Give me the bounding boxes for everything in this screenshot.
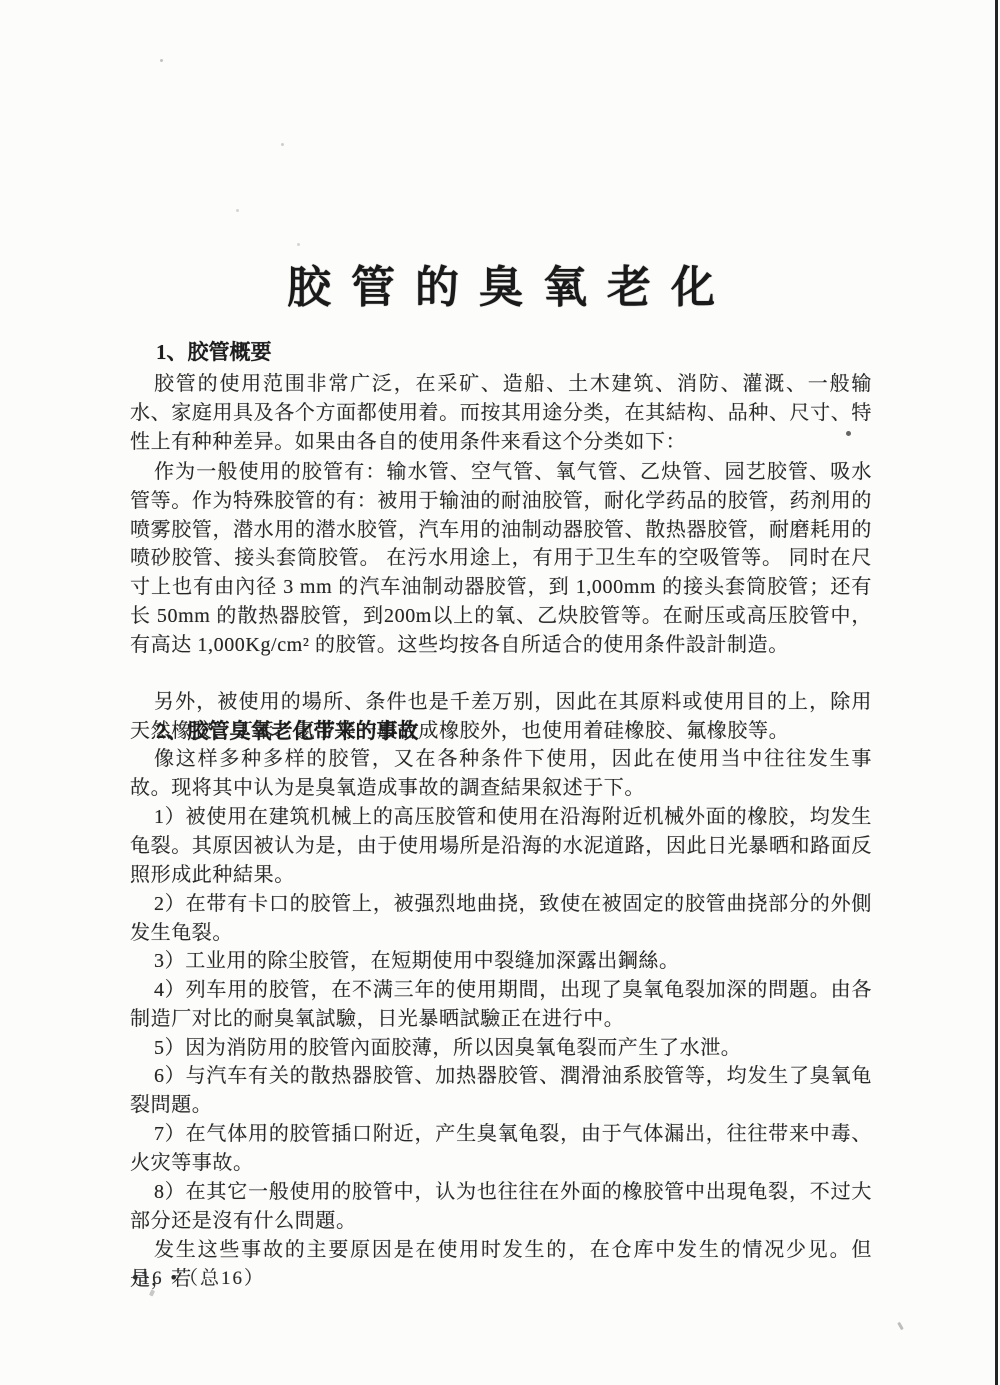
scan-speck [160, 59, 163, 62]
numbered-item-2: 2）在带有卡口的胶管上，被强烈地曲挠，致使在被固定的胶管曲挠部分的外側发生龟裂。 [130, 890, 872, 948]
scan-speck [149, 1289, 155, 1296]
section-2-heading: 2、胶管臭氧老化带来的事故 [130, 717, 898, 746]
scan-speck [846, 431, 851, 436]
numbered-item-8: 8）在其它一般使用的胶管中，认为也往往在外面的橡胶管中出現龟裂，不过大部分还是沒… [130, 1178, 872, 1236]
section-1-paragraph-1: 胶管的使用范围非常广泛，在采矿、造船、土木建筑、消防、灌溉、一般输水、家庭用具及… [130, 370, 872, 456]
section-2-intro: 像这样多种多样的胶管，又在各种条件下使用，因此在使用当中往往发生事故。现将其中认… [130, 745, 872, 803]
section-1-heading: 1、胶管概要 [130, 338, 898, 367]
numbered-item-4: 4）列车用的胶管，在不满三年的使用期間，出现了臭氧龟裂加深的問題。由各制造厂对比… [130, 976, 872, 1034]
scan-speck [297, 243, 300, 246]
numbered-item-6: 6）与汽车有关的散热器胶管、加热器胶管、潤滑油系胶管等，均发生了臭氧龟裂問題。 [130, 1062, 872, 1120]
numbered-item-1: 1）被使用在建筑机械上的高压胶管和使用在沿海附近机械外面的橡胶，均发生龟裂。其原… [130, 803, 872, 889]
page-title: 胶管的臭氧老化 [130, 258, 872, 318]
scanned-document-page: 胶管的臭氧老化 1、胶管概要 胶管的使用范围非常广泛，在采矿、造船、土木建筑、消… [0, 0, 1000, 1385]
section-1-paragraph-2: 作为一般使用的胶管有：输水管、空气管、氧气管、乙炔管、园艺胶管、吸水管等。作为特… [130, 458, 872, 660]
numbered-item-5: 5）因为消防用的胶管內面胶薄，所以因臭氧龟裂而产生了水泄。 [130, 1034, 872, 1063]
page-number-footer: •16 •（总16） [132, 1263, 265, 1290]
scan-speck [236, 209, 239, 212]
numbered-item-7: 7）在气体用的胶管插口附近，产生臭氧龟裂，由于气体漏出，往往带来中毒、火灾等事故… [130, 1120, 872, 1178]
numbered-item-3: 3）工业用的除尘胶管，在短期使用中裂缝加深露出鋼絲。 [130, 947, 872, 976]
scan-speck [281, 143, 284, 146]
scan-speck [897, 1322, 904, 1330]
scan-edge-line [995, 0, 998, 1385]
